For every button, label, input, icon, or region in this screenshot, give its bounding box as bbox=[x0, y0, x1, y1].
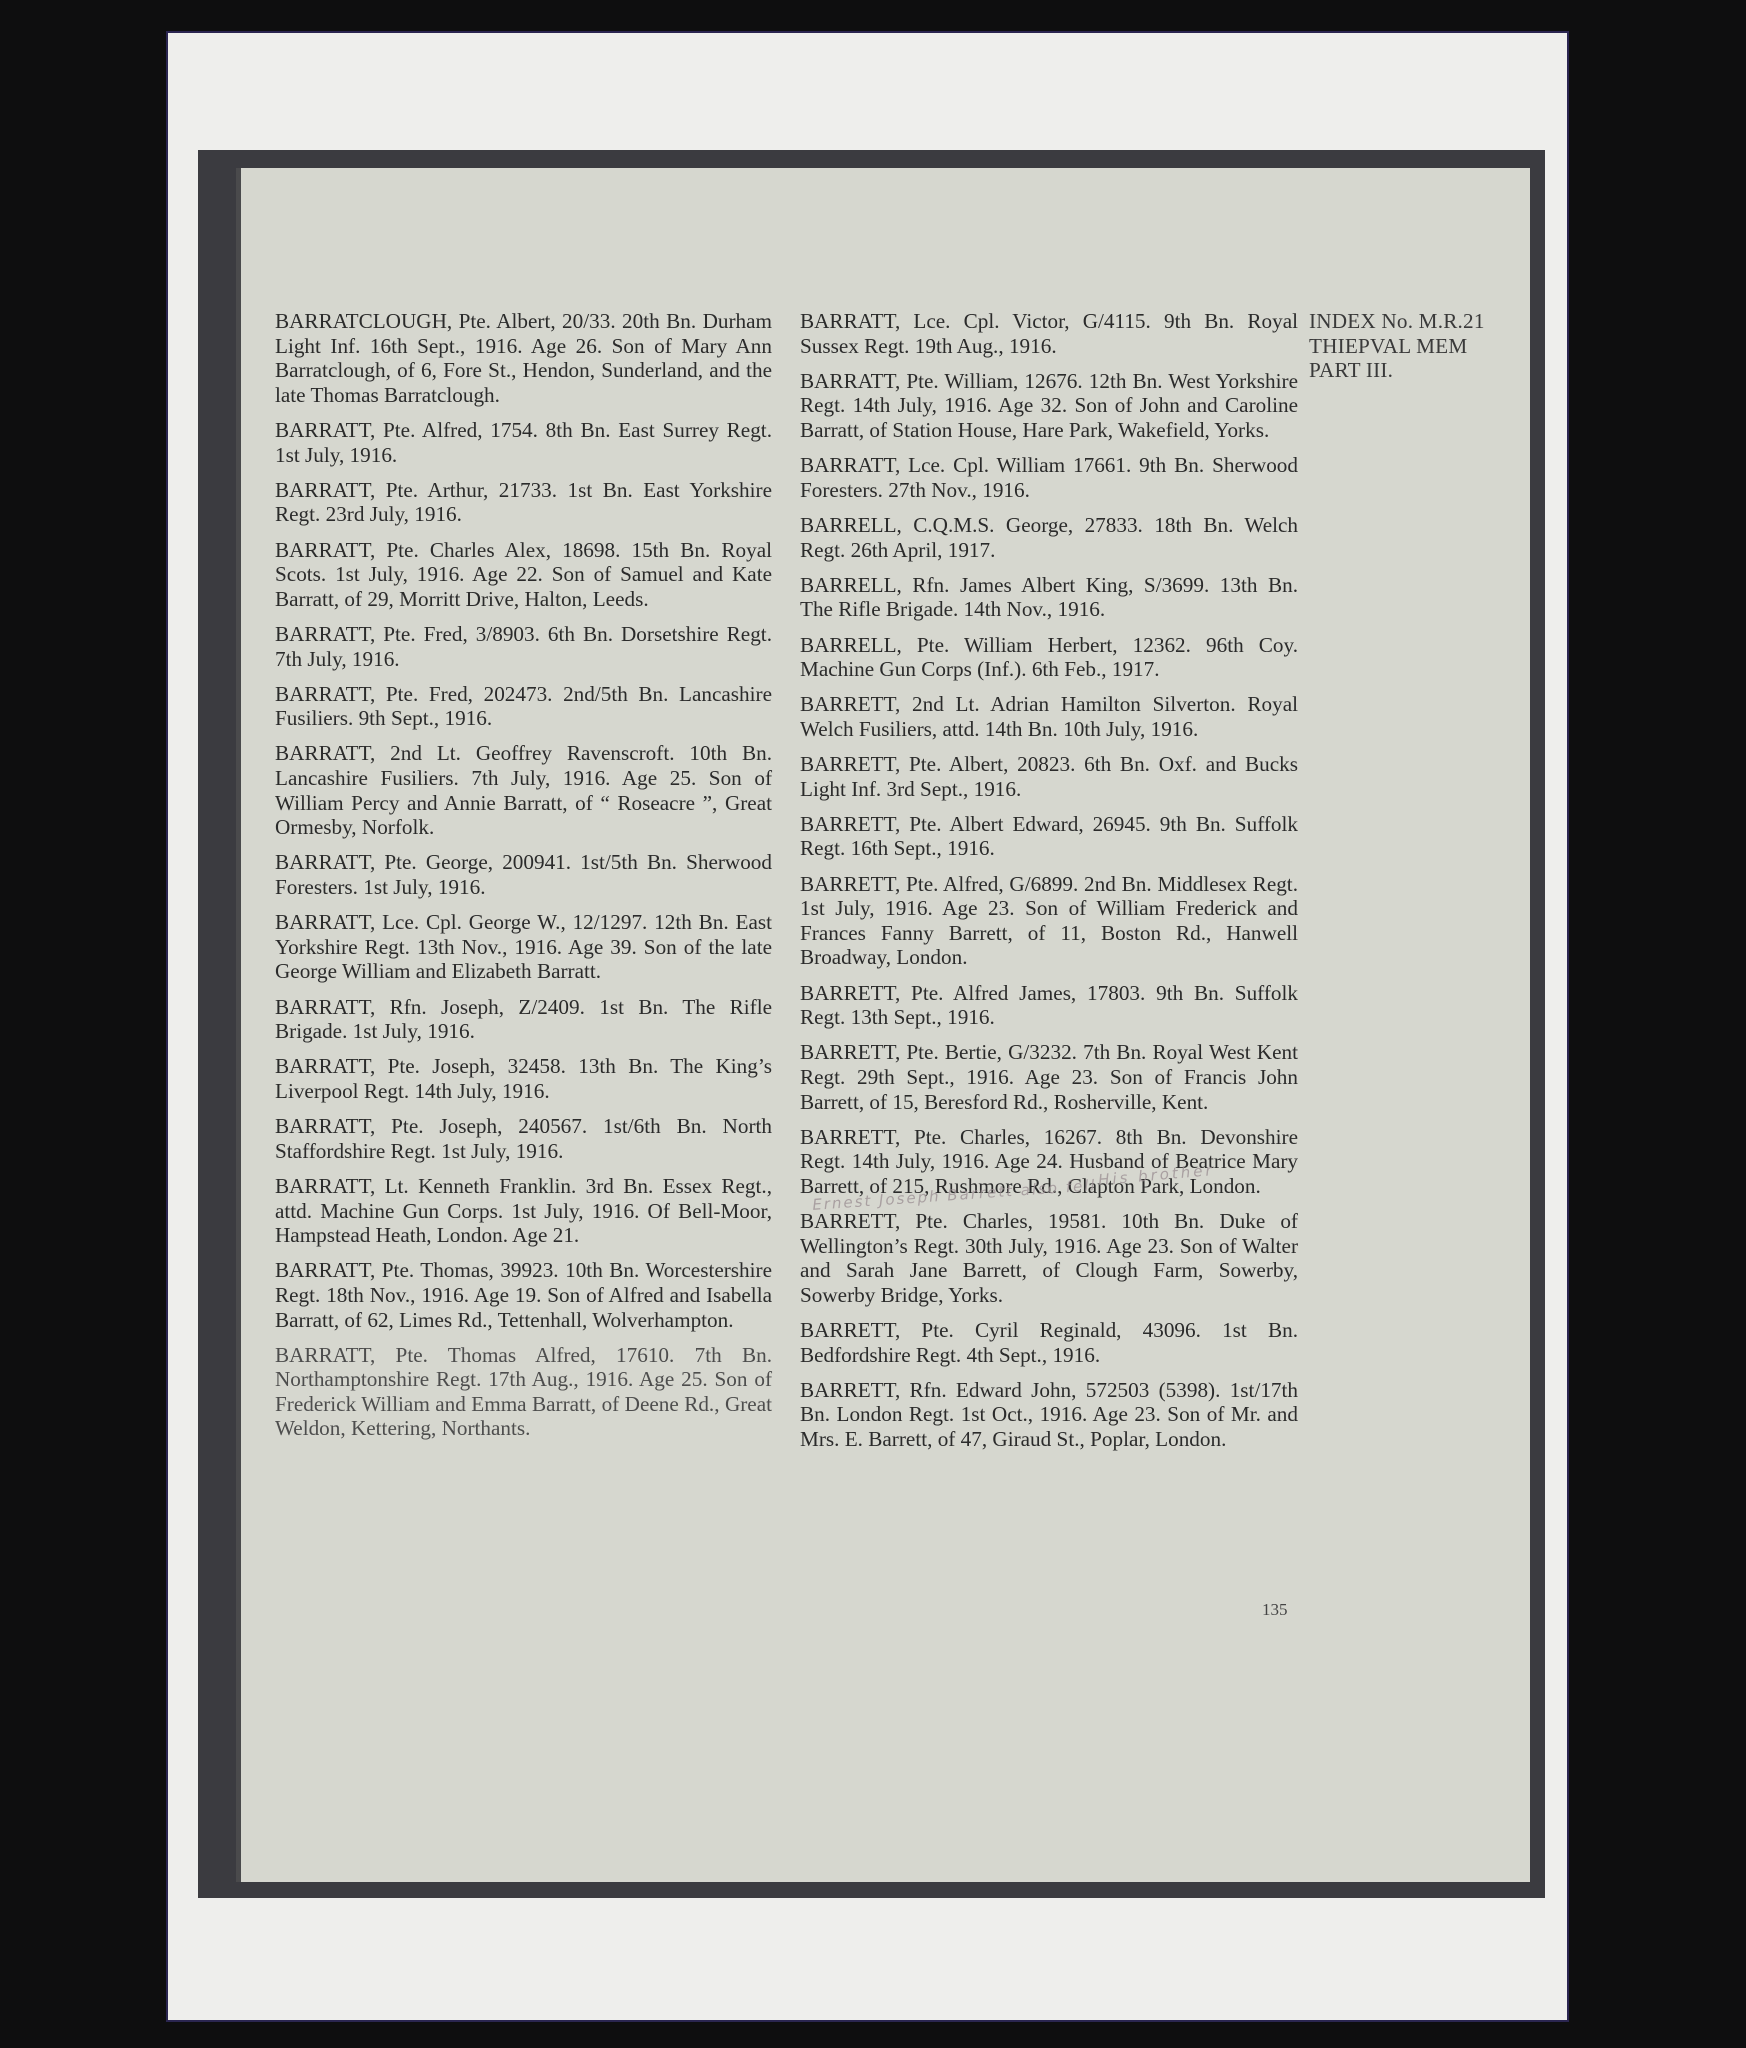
index-reference: INDEX No. M.R.21 THIEPVAL MEM PART III. bbox=[1309, 309, 1519, 383]
register-entry: BARRETT, Pte. Albert, 20823. 6th Bn. Oxf… bbox=[800, 752, 1298, 801]
register-entry: BARRATT, Pte. Arthur, 21733. 1st Bn. Eas… bbox=[275, 478, 772, 527]
register-entry: BARRETT, Pte. Cyril Reginald, 43096. 1st… bbox=[800, 1318, 1298, 1367]
register-entry: BARRATT, Lce. Cpl. George W., 12/1297. 1… bbox=[275, 910, 772, 984]
register-entry: BARRATT, Pte. George, 200941. 1st/5th Bn… bbox=[275, 850, 772, 899]
register-entry: BARRATT, Pte. Joseph, 32458. 13th Bn. Th… bbox=[275, 1054, 772, 1103]
register-entry: BARRETT, Pte. Charles, 19581. 10th Bn. D… bbox=[800, 1209, 1298, 1307]
register-entry: BARRATT, 2nd Lt. Geoffrey Ravenscroft. 1… bbox=[275, 741, 772, 839]
page-gutter bbox=[236, 168, 241, 1882]
index-number: INDEX No. M.R.21 bbox=[1309, 309, 1519, 334]
register-entry: BARRATT, Lt. Kenneth Franklin. 3rd Bn. E… bbox=[275, 1174, 772, 1248]
register-entry: BARRETT, Pte. Bertie, G/3232. 7th Bn. Ro… bbox=[800, 1040, 1298, 1114]
page-number: 135 bbox=[1262, 1600, 1288, 1620]
register-entry: BARRETT, Rfn. Edward John, 572503 (5398)… bbox=[800, 1378, 1298, 1452]
register-entry: BARRATT, Pte. William, 12676. 12th Bn. W… bbox=[800, 369, 1298, 443]
register-entry: BARRETT, Pte. Albert Edward, 26945. 9th … bbox=[800, 812, 1298, 861]
register-entry: BARRETT, 2nd Lt. Adrian Hamilton Silvert… bbox=[800, 692, 1298, 741]
register-entry: BARRELL, C.Q.M.S. George, 27833. 18th Bn… bbox=[800, 513, 1298, 562]
memorial-name: THIEPVAL MEM bbox=[1309, 334, 1519, 359]
register-entry: BARRETT, Pte. Alfred, G/6899. 2nd Bn. Mi… bbox=[800, 872, 1298, 970]
register-entry: BARRATT, Pte. Thomas Alfred, 17610. 7th … bbox=[275, 1343, 772, 1441]
register-entry: BARRATT, Pte. Charles Alex, 18698. 15th … bbox=[275, 538, 772, 612]
register-entry: BARRETT, Pte. Alfred James, 17803. 9th B… bbox=[800, 981, 1298, 1030]
register-entry: BARRATT, Rfn. Joseph, Z/2409. 1st Bn. Th… bbox=[275, 995, 772, 1044]
left-column: BARRATCLOUGH, Pte. Albert, 20/33. 20th B… bbox=[275, 309, 772, 1452]
register-entry: BARRELL, Pte. William Herbert, 12362. 96… bbox=[800, 633, 1298, 682]
register-entry: BARRATT, Pte. Joseph, 240567. 1st/6th Bn… bbox=[275, 1114, 772, 1163]
register-entry: BARRATT, Pte. Alfred, 1754. 8th Bn. East… bbox=[275, 418, 772, 467]
register-entry: BARRATCLOUGH, Pte. Albert, 20/33. 20th B… bbox=[275, 309, 772, 407]
register-entry: BARRATT, Lce. Cpl. Victor, G/4115. 9th B… bbox=[800, 309, 1298, 358]
register-entry: BARRELL, Rfn. James Albert King, S/3699.… bbox=[800, 573, 1298, 622]
register-entry: BARRATT, Lce. Cpl. William 17661. 9th Bn… bbox=[800, 453, 1298, 502]
register-entry: BARRATT, Pte. Fred, 3/8903. 6th Bn. Dors… bbox=[275, 622, 772, 671]
right-column: BARRATT, Lce. Cpl. Victor, G/4115. 9th B… bbox=[800, 309, 1298, 1462]
register-entry: BARRATT, Pte. Fred, 202473. 2nd/5th Bn. … bbox=[275, 682, 772, 731]
register-entry: BARRATT, Pte. Thomas, 39923. 10th Bn. Wo… bbox=[275, 1258, 772, 1332]
part-number: PART III. bbox=[1309, 358, 1519, 383]
